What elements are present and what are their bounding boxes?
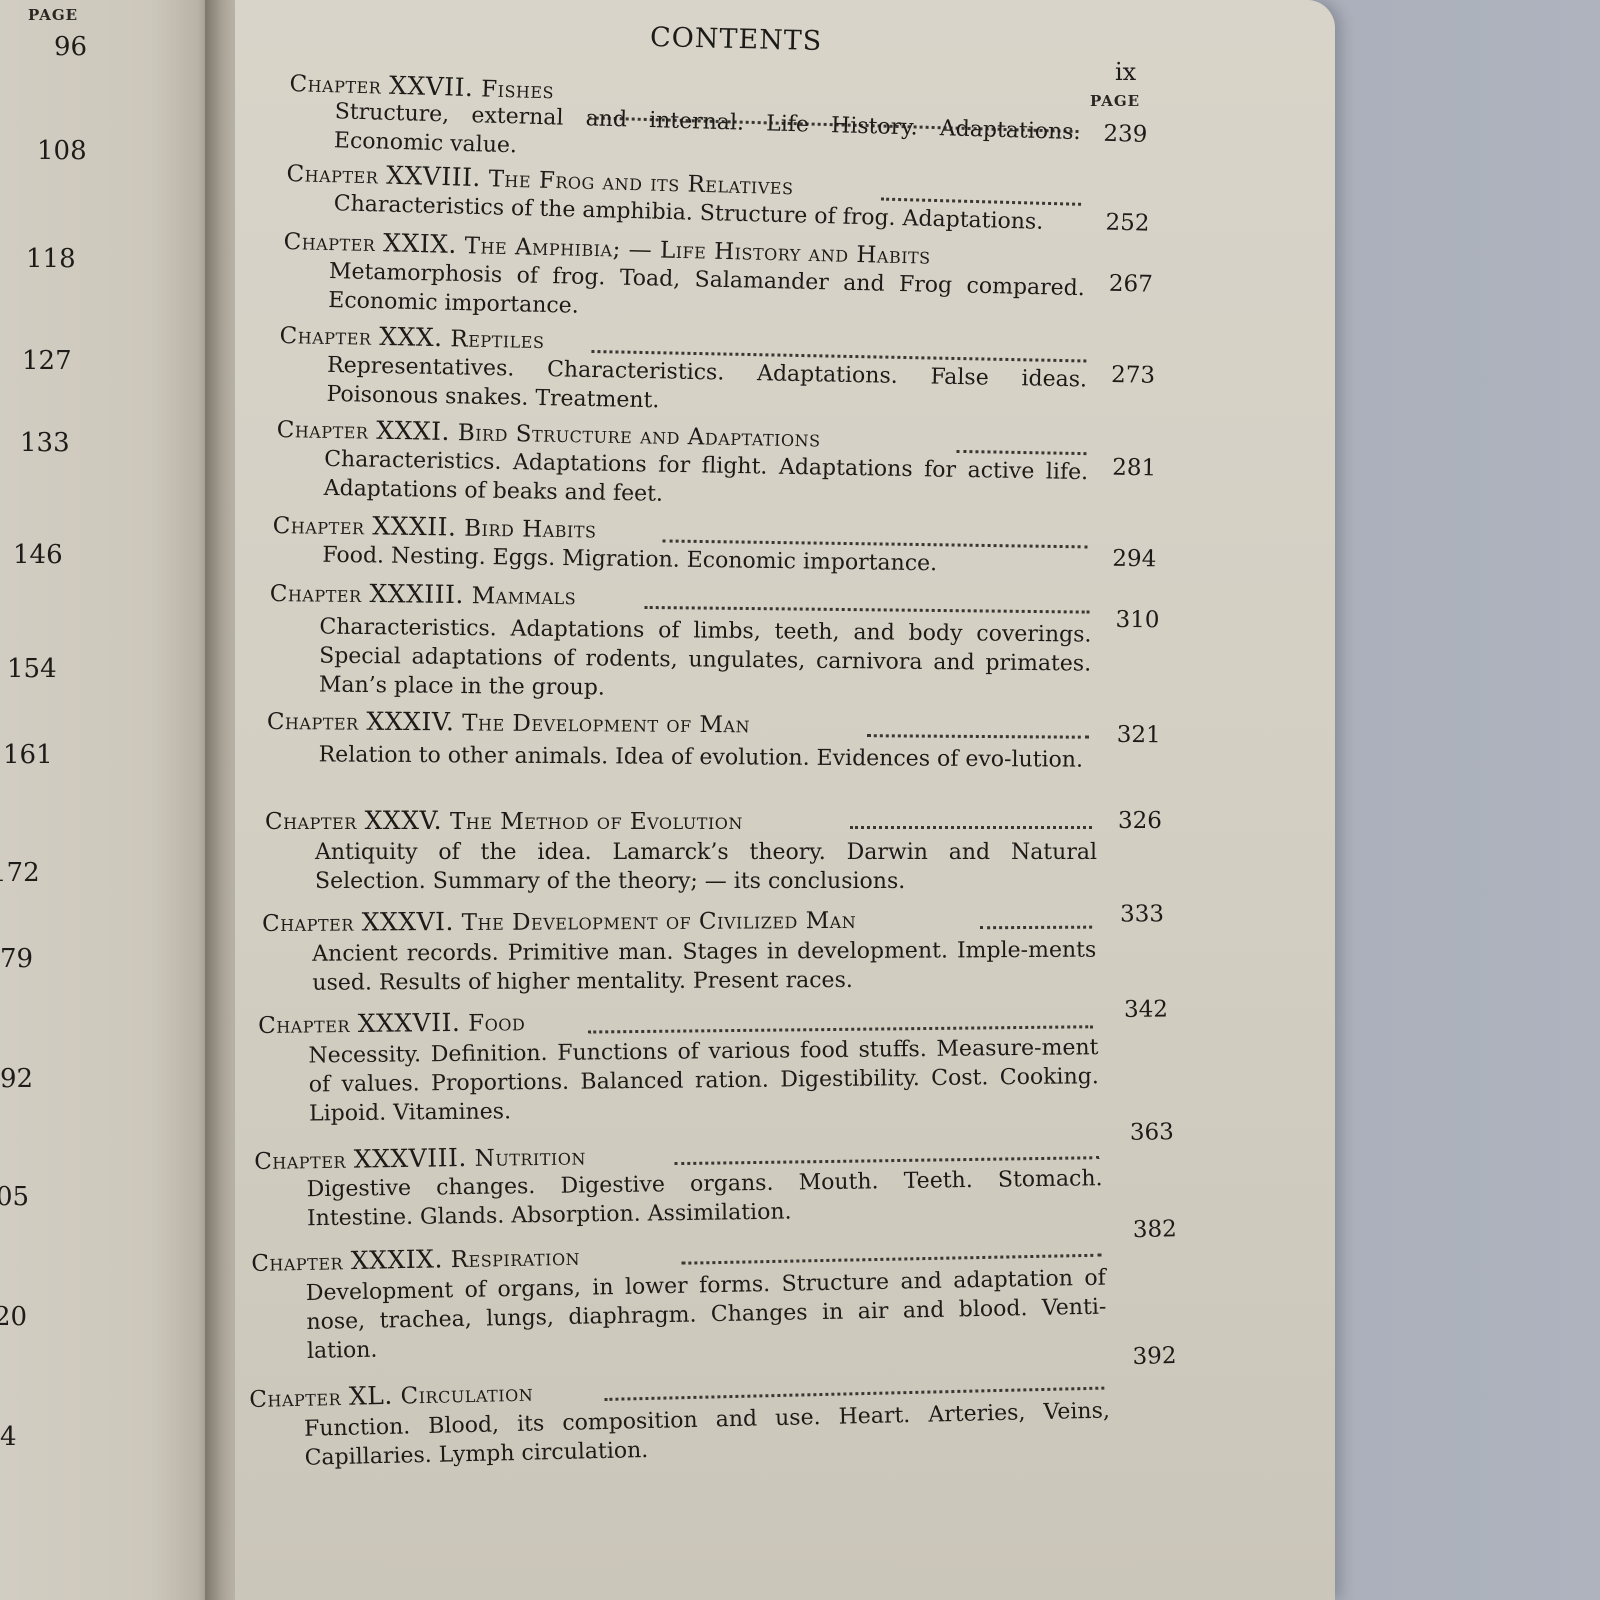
chapter-heading: Chapter XXX. Reptiles — [279, 320, 544, 354]
chapter-title: Circulation — [400, 1381, 533, 1410]
chapter-page-number: 333 — [1120, 901, 1164, 927]
chapter-label: Chapter — [283, 229, 375, 257]
chapter-label: Chapter — [286, 161, 378, 189]
chapter-numeral: XXX. — [379, 322, 443, 352]
left-page-number: 154 — [7, 654, 57, 684]
chapter-page-number: 392 — [1132, 1343, 1176, 1370]
chapter-label: Chapter — [251, 1249, 343, 1277]
chapter-numeral: XXXIV. — [366, 707, 454, 737]
chapter-page-number: 321 — [1117, 722, 1161, 748]
chapter-label: Chapter — [270, 581, 362, 608]
left-page-number: 4 — [0, 1422, 17, 1452]
chapter-heading: Chapter XXXVI. The Development of Civili… — [262, 905, 856, 937]
chapter-title: Mammals — [472, 583, 577, 610]
left-page-number: 146 — [13, 540, 63, 570]
chapter-label: Chapter — [289, 71, 381, 100]
chapter-title: Reptiles — [450, 326, 545, 354]
page-title: CONTENTS — [650, 22, 823, 57]
chapter-label: Chapter — [249, 1385, 341, 1413]
chapter-label: Chapter — [267, 709, 359, 736]
chapter-numeral: XXIX. — [383, 228, 457, 259]
chapter-description: Relation to other animals. Idea of evolu… — [319, 740, 1095, 774]
chapter-title: Bird Habits — [464, 516, 597, 544]
chapter-page-number: 326 — [1118, 808, 1162, 834]
left-page-number: 20 — [0, 1302, 27, 1332]
chapter-heading: Chapter XXXII. Bird Habits — [273, 510, 597, 544]
chapter-label: Chapter — [265, 809, 357, 835]
left-page-number: 161 — [3, 740, 53, 770]
page-column-label: PAGE — [1090, 92, 1140, 110]
chapter-heading: Chapter XXXVII. Food — [258, 1007, 525, 1039]
left-page-number: 79 — [0, 944, 33, 974]
chapter-numeral: XXXVIII. — [354, 1143, 467, 1174]
chapter-title: Food — [468, 1010, 525, 1037]
chapter-numeral: XXXIX. — [351, 1244, 444, 1275]
chapter-numeral: XXXVII. — [358, 1008, 461, 1038]
chapter-numeral: XXXV. — [365, 806, 443, 835]
left-page-number: 118 — [26, 244, 76, 274]
dot-leader — [980, 924, 1092, 930]
left-page-number: 05 — [0, 1182, 29, 1212]
left-page-number: 92 — [0, 1064, 33, 1094]
chapter-title: The Development of Man — [462, 710, 750, 738]
left-page-number: 127 — [22, 346, 72, 376]
chapter-numeral: XXXII. — [372, 511, 456, 541]
chapter-page-number: 363 — [1130, 1119, 1174, 1146]
chapter-title: The Development of Civilized Man — [462, 908, 857, 936]
chapter-heading: Chapter XXXIII. Mammals — [270, 578, 577, 610]
left-page-number: 96 — [54, 32, 87, 62]
chapter-page-number: 382 — [1133, 1216, 1177, 1243]
chapter-description: Development of organs, in lower forms. S… — [306, 1264, 1108, 1366]
chapter-heading: Chapter XXXIV. The Development of Man — [267, 706, 750, 738]
chapter-label: Chapter — [273, 513, 365, 540]
left-page-column-label: PAGE — [28, 6, 78, 24]
chapter-numeral: XXVIII. — [386, 161, 481, 192]
chapter-numeral: XXXI. — [376, 416, 450, 446]
chapter-description: Ancient records. Primitive man. Stages i… — [312, 936, 1096, 998]
chapter-label: Chapter — [262, 911, 354, 937]
chapter-numeral: XXXIII. — [369, 579, 464, 609]
chapter-page-number: 252 — [1105, 209, 1150, 236]
chapter-page-number: 294 — [1112, 546, 1156, 573]
chapter-page-number: 281 — [1112, 455, 1156, 482]
chapter-page-number: 342 — [1124, 996, 1168, 1022]
chapter-heading: Chapter XXXV. The Method of Evolution — [265, 806, 743, 835]
chapter-description: Characteristics. Adaptations of limbs, t… — [319, 613, 1092, 708]
chapter-label: Chapter — [279, 323, 371, 351]
chapter-description: Digestive changes. Digestive organs. Mou… — [306, 1164, 1103, 1233]
chapter-label: Chapter — [254, 1148, 346, 1175]
chapter-numeral: XXXVI. — [362, 907, 454, 936]
chapter-label: Chapter — [276, 417, 368, 445]
left-page: PAGE 96 108 118 127 133 146 154 161 172 … — [0, 0, 215, 1600]
chapter-page-number: 267 — [1109, 271, 1153, 298]
left-page-number: 108 — [37, 136, 87, 166]
chapter-heading: Chapter XXXVIII. Nutrition — [254, 1141, 586, 1175]
left-page-number: 133 — [20, 428, 70, 458]
chapter-description: Antiquity of the idea. Lamarck’s theory.… — [315, 838, 1097, 896]
chapter-page-number: 239 — [1103, 121, 1148, 148]
chapter-title: Respiration — [450, 1245, 580, 1273]
chapter-page-number: 310 — [1115, 607, 1159, 633]
chapter-description: Necessity. Definition. Functions of vari… — [308, 1033, 1099, 1128]
chapter-title: Fishes — [481, 76, 555, 104]
chapter-label: Chapter — [258, 1012, 350, 1039]
dot-leader — [850, 824, 1092, 829]
chapter-title: The Method of Evolution — [450, 809, 743, 835]
chapter-page-number: 273 — [1111, 362, 1155, 389]
left-page-number: 172 — [0, 858, 40, 888]
chapter-numeral: XXVII. — [389, 71, 474, 102]
chapter-numeral: XL. — [349, 1381, 394, 1411]
chapter-title: Nutrition — [474, 1144, 586, 1172]
page-number-roman: ix — [1115, 58, 1136, 86]
